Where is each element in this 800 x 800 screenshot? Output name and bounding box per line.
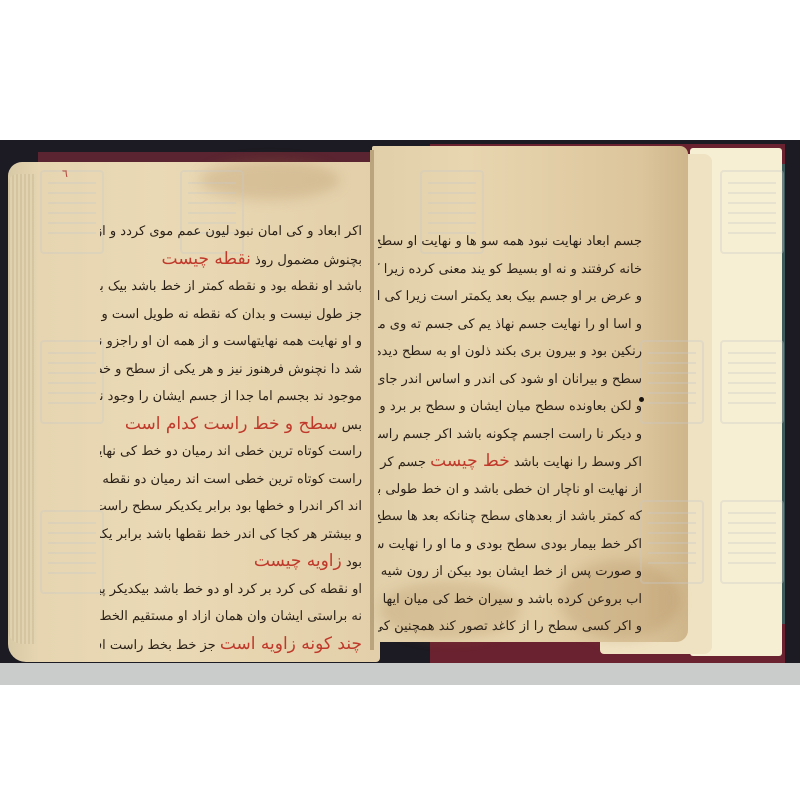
text-line: که کمتر باشد از بعدهای سطح چنانکه بعد ها… xyxy=(378,503,642,531)
watermark xyxy=(40,340,104,424)
rubric-heading: سطح و خط راست کدام است xyxy=(125,414,338,434)
text-line: اکر وسط را نهایت باشد خط چیست جسم کر بود… xyxy=(378,448,642,476)
text-line: و دیکر نا راست اجسم چکونه باشد اکر جسم ر… xyxy=(378,421,642,449)
text-line: و اسا او را نهایت جسم نهاذ یم کی جسم ته … xyxy=(378,311,642,339)
text-line: رنکین بود و بیرون بری بکند ذلون او به سط… xyxy=(378,338,642,366)
text-line: و بیشتر هر کجا کی اندر خط نقطها باشد برا… xyxy=(100,521,362,549)
text-line: او نقطه کی کرد بر کرد او دو خط باشد بیکد… xyxy=(100,576,362,604)
text-line: موجود ند بجسم اما جدا از جسم ایشان را وج… xyxy=(100,383,362,411)
watermark xyxy=(640,500,704,584)
page-stack-edges xyxy=(8,174,36,644)
text-line: بچنوش مضمول روذ نقطه چیست xyxy=(100,246,362,274)
text-line: نه براستی ایشان وان همان ازاد او مستقیم … xyxy=(100,603,362,631)
text-line: راست کوتاه ترین خطی اند رمیان دو خط کی ن… xyxy=(100,438,362,466)
text-line: جز طول نیست و بدان که نقطه نه طویل است و… xyxy=(100,301,362,329)
text-line: باشد او نقطه بود و نقطه کمتر از خط باشد … xyxy=(100,273,362,301)
bottom-gray-band xyxy=(0,663,800,685)
text-line: شد دا نچنوش فرهنوز نیز و هر یکی از سطح و… xyxy=(100,356,362,384)
text-line: و لکن بعاونده سطح میان ایشان و سطح بر بر… xyxy=(378,393,642,421)
rubric-heading: خط چیست xyxy=(430,451,510,471)
rubric-heading: زاویه چیست xyxy=(254,551,342,571)
text-line: و او نهایت همه نهایتهاست و از همه ان او … xyxy=(100,328,362,356)
watermark xyxy=(40,170,104,254)
text-line: خانه کرفتند و نه او بسیط کو یند معنی کرد… xyxy=(378,256,642,284)
text-line: و اکر کسی سطح را از کاغد تصور کند همچنین… xyxy=(378,613,642,641)
text-line: اکر ابعاد و کی امان نبود لیون عمم موی کر… xyxy=(100,218,362,246)
text-line: بس سطح و خط راست کدام است xyxy=(100,411,362,439)
watermark xyxy=(40,510,104,594)
left-page-text: اکر ابعاد و کی امان نبود لیون عمم موی کر… xyxy=(100,218,362,658)
watermark xyxy=(720,500,784,584)
rubric-heading: چند کونه زاویه است xyxy=(220,634,362,654)
text-line: و عرض بر او جسم بیک بعد یکمتر است زیرا ک… xyxy=(378,283,642,311)
text-line: اب بروعن کرده باشد و سیران خط کی میان ای… xyxy=(378,586,642,614)
text-line: جسم ابعاد نهایت نبود همه سو ها و نهایت ا… xyxy=(378,228,642,256)
text-line: بود زاویه چیست xyxy=(100,548,362,576)
gutter xyxy=(370,150,374,650)
left-cover-edge xyxy=(38,152,378,162)
ink-dot xyxy=(639,397,644,402)
watermark xyxy=(720,340,784,424)
rubric-heading: نقطه چیست xyxy=(162,249,251,269)
text-line: از نهایت او ناچار ان خطی باشد و ان خط طو… xyxy=(378,476,642,504)
right-page-text: جسم ابعاد نهایت نبود همه سو ها و نهایت ا… xyxy=(378,228,642,641)
text-line: چند کونه زاویه است جز خط بخط راست افتد xyxy=(100,631,362,659)
text-line: و صورت پس از خط ایشان بود بیکن از رون شی… xyxy=(378,558,642,586)
text-line: راست کوتاه ترین خطی است اند رمیان دو نقط… xyxy=(100,466,362,494)
text-line: اند اکر اندرا و خطها بود برابر یکدیکر سط… xyxy=(100,493,362,521)
text-line: اکر خط بیمار بودی سطح بودی و ما او را نه… xyxy=(378,531,642,559)
watermark xyxy=(720,170,784,254)
watermark xyxy=(640,340,704,424)
manuscript-photo: ٦ اکر ابعاد و کی امان نبود لیون عمم موی … xyxy=(0,140,800,665)
folio-number: ٦ xyxy=(62,167,68,180)
text-line: سطح و بیرانان او شود کی اندر و اساس اندر… xyxy=(378,366,642,394)
